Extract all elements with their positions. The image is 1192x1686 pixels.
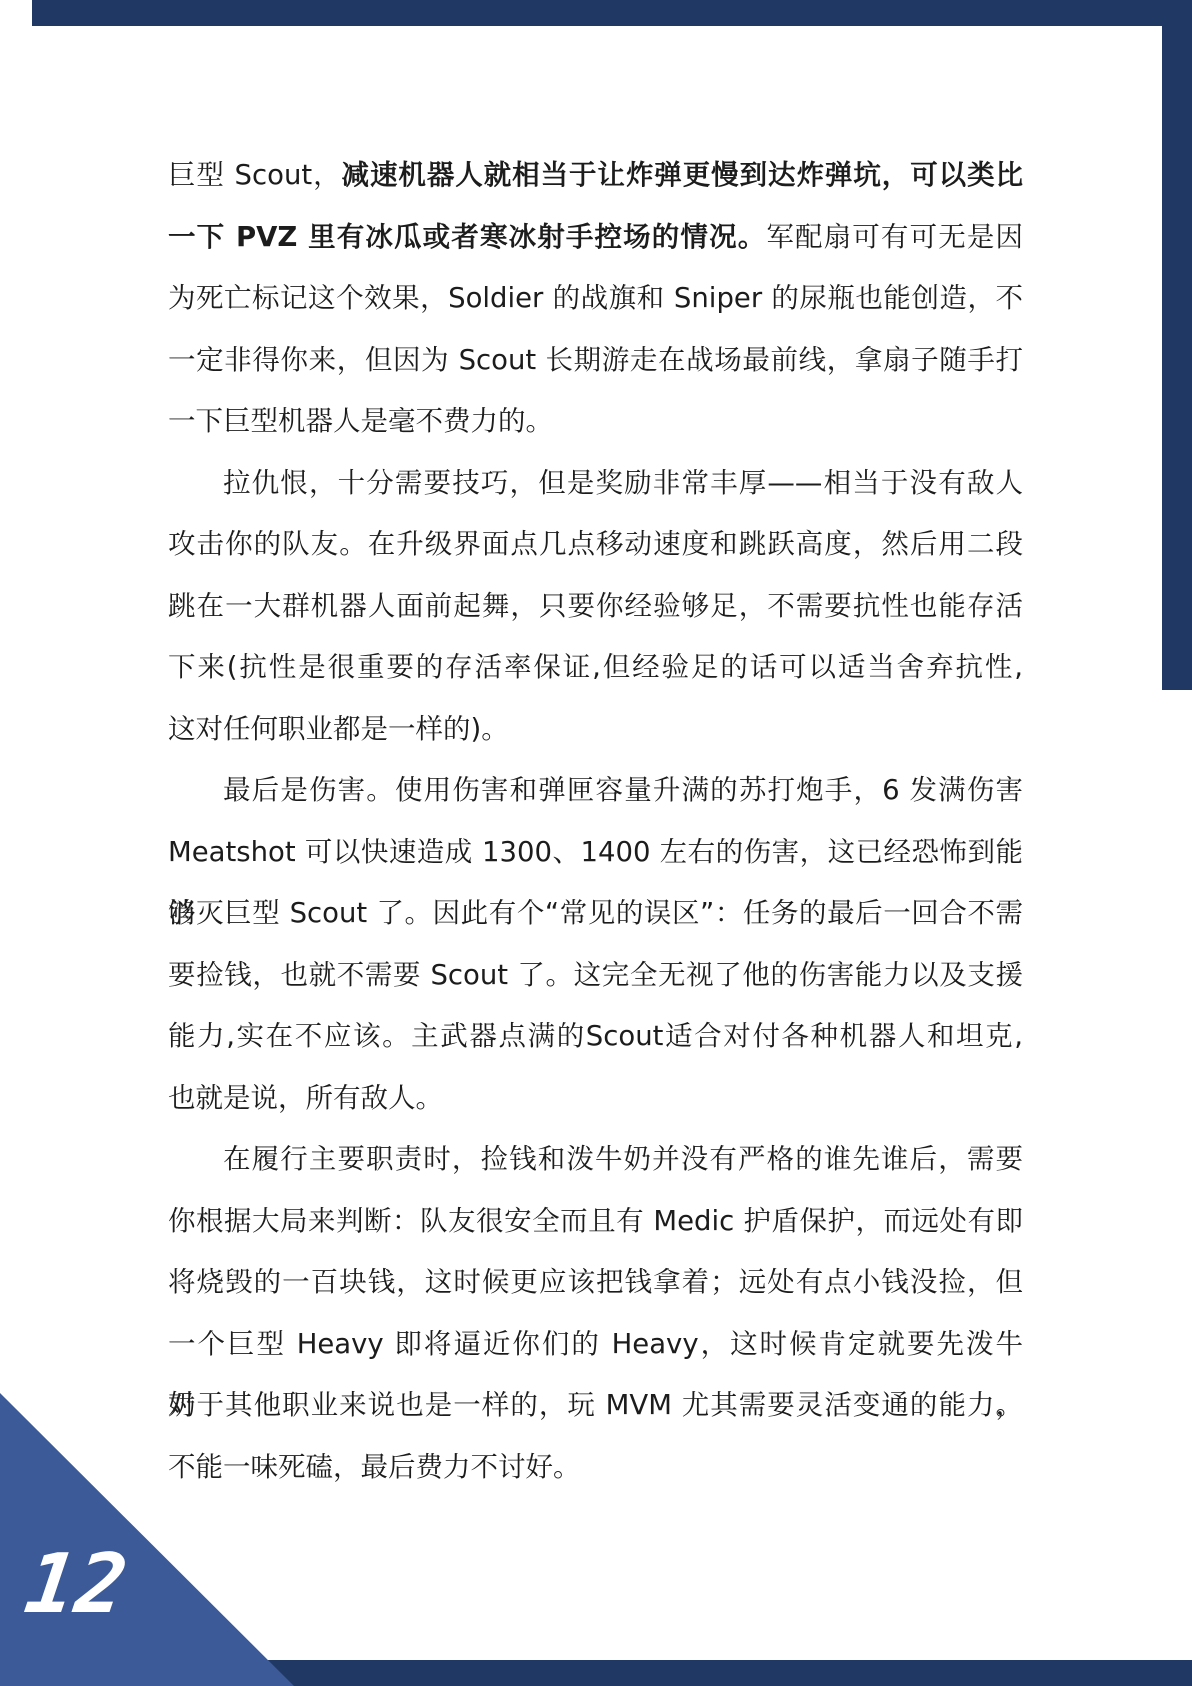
text-run: 能力,实在不应该。主武器点满的Scout适合对付各种机器人和坦克, xyxy=(168,1020,1023,1052)
text-run: 跳在一大群机器人面前起舞，只要你经验够足，不需要抗性也能存活 xyxy=(168,590,1023,622)
page-number: 12 xyxy=(20,1544,132,1626)
text-line: Meatshot 可以快速造成 1300、1400 左右的伤害，这已经恐怖到能够 xyxy=(168,822,1023,884)
text-line: 对于其他职业来说也是一样的，玩 MVM 尤其需要灵活变通的能力， xyxy=(168,1375,1023,1437)
text-run: 对于其他职业来说也是一样的，玩 MVM 尤其需要灵活变通的能力， xyxy=(168,1389,1023,1421)
bold-text-run: 一下 PVZ 里有冰瓜或者寒冰射手控场的情况。 xyxy=(168,221,766,253)
text-line: 一个巨型 Heavy 即将逼近你们的 Heavy，这时候肯定就要先泼牛奶。 xyxy=(168,1314,1023,1376)
text-run: 将烧毁的一百块钱，这时候更应该把钱拿着；远处有点小钱没捡，但 xyxy=(168,1266,1023,1298)
bottom-border-bar xyxy=(248,1660,1192,1686)
text-line: 巨型 Scout，减速机器人就相当于让炸弹更慢到达炸弹坑，可以类比 xyxy=(168,145,1023,207)
text-run: 下来(抗性是很重要的存活率保证,但经验足的话可以适当舍弃抗性, xyxy=(168,651,1023,683)
body-text: 巨型 Scout，减速机器人就相当于让炸弹更慢到达炸弹坑，可以类比一下 PVZ … xyxy=(168,145,1023,1498)
text-line: 在履行主要职责时，捡钱和泼牛奶并没有严格的谁先谁后，需要 xyxy=(168,1129,1023,1191)
text-line: 一下 PVZ 里有冰瓜或者寒冰射手控场的情况。军配扇可有可无是因 xyxy=(168,207,1023,269)
text-run: 最后是伤害。使用伤害和弹匣容量升满的苏打炮手，6 发满伤害 xyxy=(223,774,1023,806)
text-line: 下来(抗性是很重要的存活率保证,但经验足的话可以适当舍弃抗性, xyxy=(168,637,1023,699)
text-line: 要捡钱，也就不需要 Scout 了。这完全无视了他的伤害能力以及支援 xyxy=(168,945,1023,1007)
text-line: 攻击你的队友。在升级界面点几点移动速度和跳跃高度，然后用二段 xyxy=(168,514,1023,576)
text-run: 也就是说，所有敌人。 xyxy=(168,1082,443,1114)
right-border-bar xyxy=(1162,0,1192,690)
text-run: 巨型 Scout， xyxy=(168,159,342,191)
text-run: 一定非得你来，但因为 Scout 长期游走在战场最前线，拿扇子随手打 xyxy=(168,344,1023,376)
text-run: 攻击你的队友。在升级界面点几点移动速度和跳跃高度，然后用二段 xyxy=(168,528,1023,560)
text-line: 也就是说，所有敌人。 xyxy=(168,1068,1023,1130)
text-run: 为死亡标记这个效果，Soldier 的战旗和 Sniper 的尿瓶也能创造，不 xyxy=(168,282,1023,314)
bold-text-run: 减速机器人就相当于让炸弹更慢到达炸弹坑，可以类比 xyxy=(342,159,1023,191)
text-run: 要捡钱，也就不需要 Scout 了。这完全无视了他的伤害能力以及支援 xyxy=(168,959,1023,991)
text-line: 将烧毁的一百块钱，这时候更应该把钱拿着；远处有点小钱没捡，但 xyxy=(168,1252,1023,1314)
text-line: 拉仇恨，十分需要技巧，但是奖励非常丰厚——相当于没有敌人 xyxy=(168,453,1023,515)
text-line: 跳在一大群机器人面前起舞，只要你经验够足，不需要抗性也能存活 xyxy=(168,576,1023,638)
text-line: 你根据大局来判断：队友很安全而且有 Medic 护盾保护，而远处有即 xyxy=(168,1191,1023,1253)
text-run: 这对任何职业都是一样的)。 xyxy=(168,713,509,745)
text-run: 不能一味死磕，最后费力不讨好。 xyxy=(168,1451,581,1483)
document-page: 12 巨型 Scout，减速机器人就相当于让炸弹更慢到达炸弹坑，可以类比一下 P… xyxy=(0,0,1192,1686)
text-line: 一下巨型机器人是毫不费力的。 xyxy=(168,391,1023,453)
text-line: 为死亡标记这个效果，Soldier 的战旗和 Sniper 的尿瓶也能创造，不 xyxy=(168,268,1023,330)
top-border-bar xyxy=(32,0,1192,26)
text-run: 消灭巨型 Scout 了。因此有个“常见的误区”：任务的最后一回合不需 xyxy=(168,897,1023,929)
text-line: 这对任何职业都是一样的)。 xyxy=(168,699,1023,761)
text-run: 你根据大局来判断：队友很安全而且有 Medic 护盾保护，而远处有即 xyxy=(168,1205,1023,1237)
text-line: 能力,实在不应该。主武器点满的Scout适合对付各种机器人和坦克, xyxy=(168,1006,1023,1068)
text-line: 不能一味死磕，最后费力不讨好。 xyxy=(168,1437,1023,1499)
text-line: 消灭巨型 Scout 了。因此有个“常见的误区”：任务的最后一回合不需 xyxy=(168,883,1023,945)
text-run: 拉仇恨，十分需要技巧，但是奖励非常丰厚——相当于没有敌人 xyxy=(223,467,1023,499)
text-line: 最后是伤害。使用伤害和弹匣容量升满的苏打炮手，6 发满伤害 xyxy=(168,760,1023,822)
text-run: 一下巨型机器人是毫不费力的。 xyxy=(168,405,553,437)
text-line: 一定非得你来，但因为 Scout 长期游走在战场最前线，拿扇子随手打 xyxy=(168,330,1023,392)
text-run: 在履行主要职责时，捡钱和泼牛奶并没有严格的谁先谁后，需要 xyxy=(223,1143,1023,1175)
text-run: 军配扇可有可无是因 xyxy=(766,221,1023,253)
